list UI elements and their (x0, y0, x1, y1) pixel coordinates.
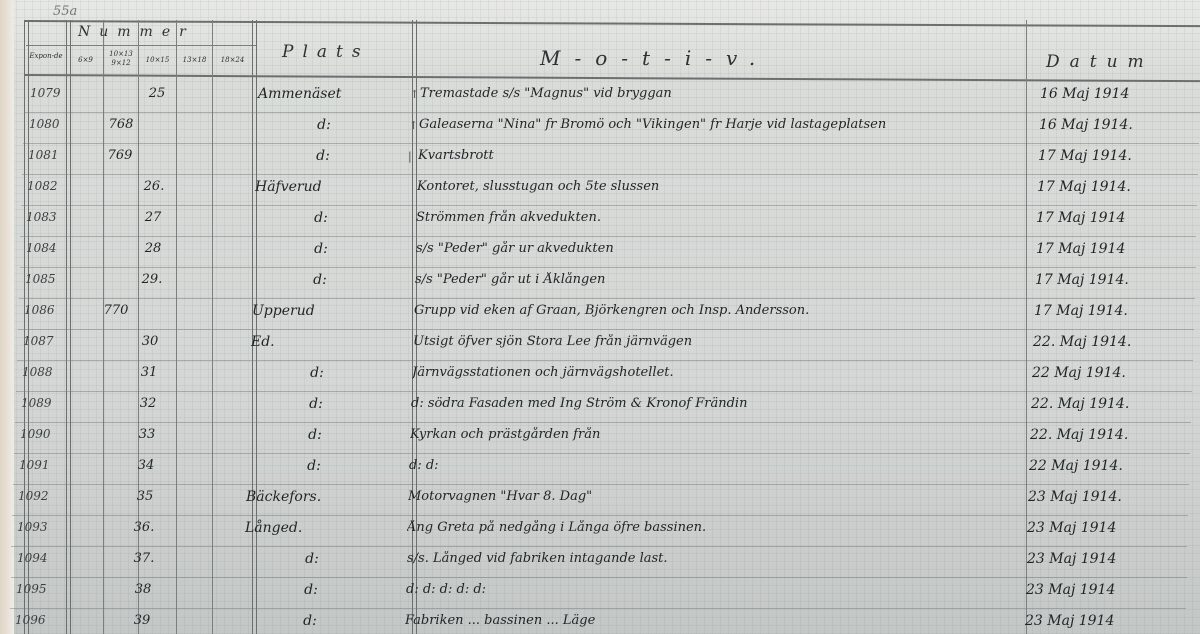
motiv-cell: s/s "Peder" går ur akvedukten (416, 241, 1026, 256)
size-header-10x15: 10×15 (139, 56, 176, 65)
ledger-row: 108529.d:s/s "Peder" går ut i Åklången17… (0, 268, 1195, 299)
ledger-row: 108831d:Järnvägsstationen och järnvägsho… (0, 361, 1192, 392)
plats-cell: d: (241, 396, 391, 412)
motiv-cell: d: d: (409, 458, 1019, 473)
datum-cell: 23 Maj 1914 (1026, 582, 1186, 598)
plats-cell: Bäckefors. (246, 489, 396, 505)
ledger-row: 109235Bäckefors.Motorvagnen "Hvar 8. Dag… (0, 485, 1188, 516)
ledger-row: 108932d:d: södra Fasaden med Ing Ström &… (0, 392, 1191, 423)
exposure-number: 1089 (21, 396, 61, 410)
margin-tick-mark: ↑ (410, 88, 419, 101)
motiv-cell: Grupp vid eken af Graan, Björkengren och… (414, 303, 1024, 318)
size-10x15-number: 33 (130, 427, 164, 442)
datum-cell: 17 Maj 1914. (1034, 303, 1194, 319)
exposure-number: 1081 (28, 148, 68, 162)
size-10x15-number: 28 (136, 241, 170, 256)
size-10x15-number: 35 (128, 489, 162, 504)
ledger-row: 108730Ed.Utsigt öfver sjön Stora Lee frå… (0, 330, 1193, 361)
plats-cell: d: (240, 427, 390, 443)
size-10x15-number: 39 (125, 613, 159, 628)
size-header-13x18: 13×18 (177, 56, 212, 65)
plats-cell: d: (236, 582, 386, 598)
datum-cell: 16 Maj 1914. (1039, 117, 1199, 133)
size-10x15-number: 34 (129, 458, 163, 473)
exposure-number: 1079 (30, 86, 70, 100)
motiv-cell: Utsigt öfver sjön Stora Lee från järnväg… (413, 334, 1023, 349)
datum-cell: 23 Maj 1914 (1027, 520, 1187, 536)
ledger-row: 107925Ammenäset↑Tremastade s/s "Magnus" … (0, 82, 1200, 113)
ledger-row: 1081769d:|Kvartsbrott17 Maj 1914. (0, 144, 1198, 175)
plats-cell: Häfverud (255, 179, 405, 195)
datum-cell: 22 Maj 1914. (1029, 458, 1189, 474)
header-top-rule (24, 20, 1200, 27)
size-header-6x9: 6×9 (68, 56, 103, 65)
exposure-number: 1091 (19, 458, 59, 472)
plats-cell: Långed. (245, 520, 395, 536)
size-10x15-number: 29. (135, 272, 169, 287)
plats-cell: d: (249, 117, 399, 133)
size-10x13-number: 770 (98, 303, 134, 318)
ledger-row: 108226.HäfverudKontoret, slusstugan och … (0, 175, 1197, 206)
exposure-number: 1092 (18, 489, 58, 503)
ledger-row: 109336.Långed.Ång Greta på nedgång i Lån… (0, 516, 1187, 547)
size-10x15-number: 32 (131, 396, 165, 411)
plats-cell: Ammenäset (258, 86, 408, 102)
exposure-number: 1088 (22, 365, 62, 379)
motiv-cell: Tremastade s/s "Magnus" vid bryggan (420, 86, 1030, 101)
ledger-row: 109033d:Kyrkan och prästgården från22. M… (0, 423, 1190, 454)
datum-cell: 17 Maj 1914. (1038, 148, 1198, 164)
motiv-cell: Kyrkan och prästgården från (410, 427, 1020, 442)
plats-cell: d: (239, 458, 389, 474)
size-10x15-number: 38 (126, 582, 160, 597)
datum-cell: 23 Maj 1914 (1025, 613, 1185, 629)
ledger-row: 109134d:d: d:22 Maj 1914. (0, 454, 1189, 485)
size-10x13-number: 768 (103, 117, 139, 132)
margin-tick-mark: ↑ (409, 119, 418, 132)
size-header-18x24: 18×24 (213, 56, 252, 65)
nummer-subheader-rule (26, 45, 256, 46)
motiv-cell: Fabriken ... bassinen ... Läge (405, 613, 1015, 628)
motiv-cell: Strömmen från akvedukten. (416, 210, 1026, 225)
exposure-number: 1093 (17, 520, 57, 534)
size-10x13-number: 769 (102, 148, 138, 163)
ledger-row: 108327d:Strömmen från akvedukten.17 Maj … (0, 206, 1196, 237)
size-header-10x13: 10×13 9×12 (104, 50, 138, 68)
motiv-cell: s/s. Långed vid fabriken intagande last. (407, 551, 1017, 566)
exposure-number: 1080 (29, 117, 69, 131)
plats-cell: d: (245, 272, 395, 288)
datum-cell: 17 Maj 1914. (1035, 272, 1195, 288)
motiv-cell: Galeaserna "Nina" fr Bromö och "Vikingen… (419, 117, 1029, 132)
exposure-number: 1086 (24, 303, 64, 317)
exposure-number: 1096 (15, 613, 55, 627)
motiv-cell: s/s "Peder" går ut i Åklången (415, 272, 1025, 287)
motiv-cell: Järnvägsstationen och järnvägshotellet. (412, 365, 1022, 380)
ledger-page: 55a Nummer Expon-de 6×9 10×13 9×12 10×15… (0, 0, 1200, 634)
motiv-cell: Kontoret, slusstugan och 5te slussen (417, 179, 1027, 194)
motiv-cell: Motorvagnen "Hvar 8. Dag" (408, 489, 1018, 504)
plats-cell: Upperud (252, 303, 402, 319)
motiv-cell: d: d: d: d: d: (406, 582, 1016, 597)
datum-cell: 16 Maj 1914 (1040, 86, 1200, 102)
datum-header: Datum (1046, 52, 1154, 72)
plats-cell: d: (242, 365, 392, 381)
ledger-row: 109639d:Fabriken ... bassinen ... Läge23… (0, 609, 1185, 634)
page-number: 55a (53, 4, 77, 19)
ledger-row: 109437.d:s/s. Långed vid fabriken intaga… (0, 547, 1187, 578)
datum-cell: 17 Maj 1914. (1037, 179, 1197, 195)
exposure-header: Expon-de (26, 52, 66, 61)
plats-header: Plats (282, 42, 370, 62)
datum-cell: 17 Maj 1914 (1036, 241, 1196, 257)
plats-cell: d: (246, 241, 396, 257)
datum-cell: 22. Maj 1914. (1031, 396, 1191, 412)
size-10x15-number: 25 (140, 86, 174, 101)
size-10x15-number: 27 (136, 210, 170, 225)
exposure-number: 1085 (25, 272, 65, 286)
plats-cell: d: (237, 551, 387, 567)
size-10x15-number: 37. (127, 551, 161, 566)
exposure-number: 1087 (23, 334, 63, 348)
datum-cell: 22 Maj 1914. (1032, 365, 1192, 381)
plats-cell: d: (235, 613, 385, 629)
size-10x15-number: 36. (127, 520, 161, 535)
motiv-header: M-o-t-i-v. (540, 46, 769, 70)
ledger-row: 108428d:s/s "Peder" går ur akvedukten17 … (0, 237, 1196, 268)
exposure-number: 1083 (26, 210, 66, 224)
size-10x15-number: 31 (132, 365, 166, 380)
ledger-row: 1080768d:↑Galeaserna "Nina" fr Bromö och… (0, 113, 1199, 144)
ledger-row: 1086770UpperudGrupp vid eken af Graan, B… (0, 299, 1194, 330)
exposure-number: 1095 (16, 582, 56, 596)
ledger-row: 109538d:d: d: d: d: d:23 Maj 1914 (0, 578, 1186, 609)
motiv-cell: d: södra Fasaden med Ing Ström & Kronof … (411, 396, 1021, 411)
exposure-number: 1090 (20, 427, 60, 441)
exposure-number: 1082 (27, 179, 67, 193)
plats-cell: Ed. (251, 334, 401, 350)
motiv-cell: Ång Greta på nedgång i Långa öfre bassin… (407, 520, 1017, 535)
datum-cell: 22. Maj 1914. (1033, 334, 1193, 350)
exposure-number: 1094 (17, 551, 57, 565)
motiv-cell: Kvartsbrott (418, 148, 1028, 163)
nummer-header: Nummer (78, 24, 195, 40)
size-10x15-number: 26. (137, 179, 171, 194)
exposure-number: 1084 (26, 241, 66, 255)
plats-cell: d: (248, 148, 398, 164)
datum-cell: 17 Maj 1914 (1036, 210, 1196, 226)
size-10x15-number: 30 (133, 334, 167, 349)
datum-cell: 23 Maj 1914 (1027, 551, 1187, 567)
datum-cell: 22. Maj 1914. (1030, 427, 1190, 443)
header-bottom-rule (24, 74, 1200, 82)
plats-cell: d: (246, 210, 396, 226)
datum-cell: 23 Maj 1914. (1028, 489, 1188, 505)
margin-tick-mark: | (408, 150, 412, 163)
